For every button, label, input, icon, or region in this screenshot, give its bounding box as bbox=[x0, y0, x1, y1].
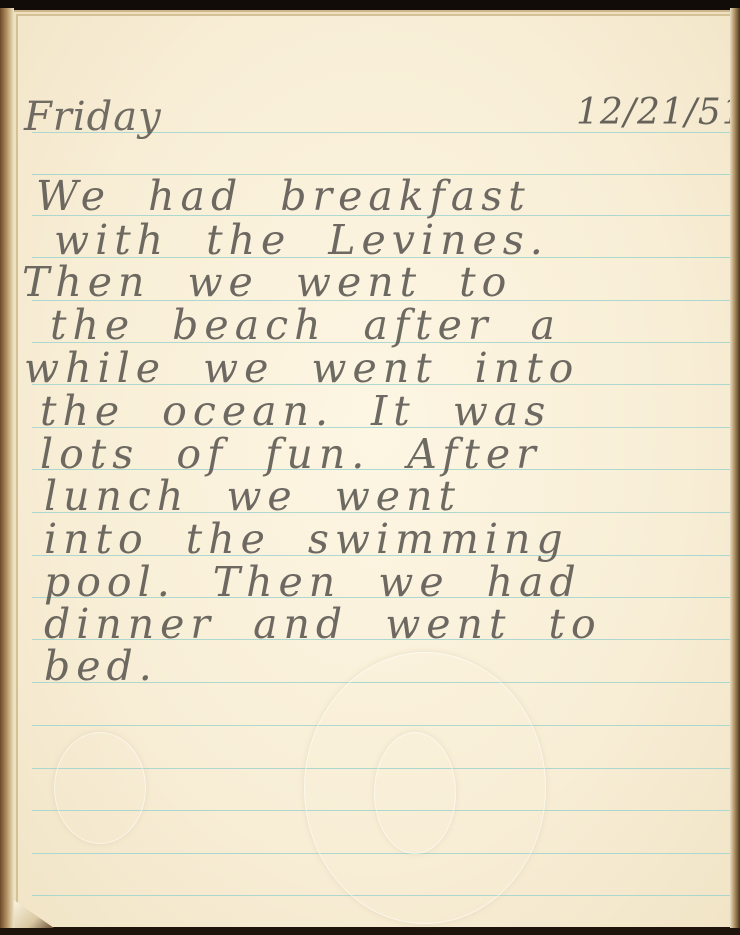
entry-line: dinner and went to bbox=[44, 600, 602, 648]
entry-line: the beach after a bbox=[50, 301, 561, 349]
diary-page: Friday 12/21/51 We had breakfast with th… bbox=[12, 10, 734, 927]
entry-line: into the swimming bbox=[44, 515, 569, 563]
entry-line: pool. Then we had bbox=[44, 558, 582, 606]
entry-line: bed. bbox=[44, 642, 158, 690]
book-spine-edge bbox=[0, 8, 14, 928]
entry-date: 12/21/51 bbox=[576, 92, 740, 133]
entry-line: while we went into bbox=[24, 344, 579, 392]
entry-line: the ocean. It was bbox=[40, 387, 551, 435]
embossed-impression bbox=[374, 732, 456, 854]
entry-line: Then we went to bbox=[22, 258, 512, 306]
entry-line: We had breakfast bbox=[36, 172, 531, 220]
day-heading: Friday bbox=[24, 94, 162, 140]
entry-line: with the Levines. bbox=[54, 216, 549, 264]
page-right-edge bbox=[730, 8, 740, 928]
scan-top-border bbox=[0, 0, 740, 10]
entry-line: lunch we went bbox=[44, 472, 461, 520]
entry-line: lots of fun. After bbox=[40, 430, 542, 478]
embossed-impression bbox=[54, 732, 146, 844]
